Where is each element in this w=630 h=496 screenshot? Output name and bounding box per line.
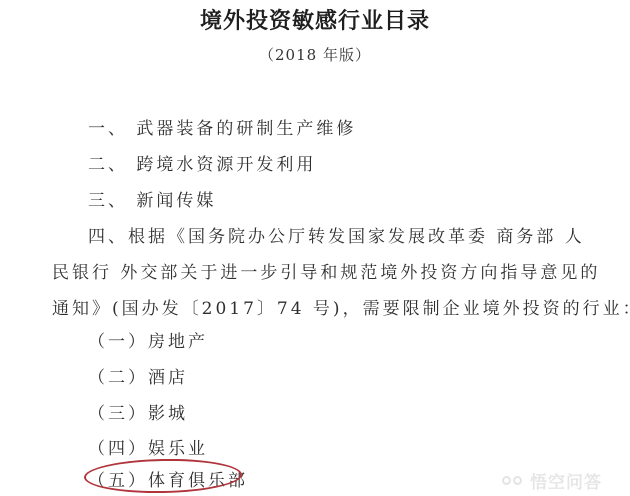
list-item-four-line-2: 民银行 外交部关于进一步引导和规范境外投资方向指导意见的 — [52, 258, 600, 283]
watermark-text: 悟空问答 — [530, 468, 602, 493]
list-item-four-line-3: 通知》(国办发〔2017〕74 号)，需要限制企业境外投资的行业： — [52, 294, 630, 319]
list-item-weapons: 一、 武器装备的研制生产维修 — [88, 114, 356, 139]
list-item-four-line-1: 四、根据《国务院办公厅转发国家发展改革委 商务部 人 — [88, 222, 585, 247]
list-item-water-resources: 二、 跨境水资源开发利用 — [88, 150, 316, 175]
document-title: 境外投资敏感行业目录 — [0, 4, 630, 35]
wukong-logo-icon — [502, 475, 524, 487]
subitem-cinemas: （三）影城 — [88, 399, 188, 424]
subitem-real-estate: （一）房地产 — [88, 327, 208, 352]
document-edition: （2018 年版） — [0, 44, 630, 65]
subitem-hotels: （二）酒店 — [88, 363, 188, 388]
list-item-news-media: 三、 新闻传媒 — [88, 186, 216, 211]
watermark: 悟空问答 — [502, 468, 602, 493]
subitem-entertainment: （四）娱乐业 — [88, 434, 208, 459]
